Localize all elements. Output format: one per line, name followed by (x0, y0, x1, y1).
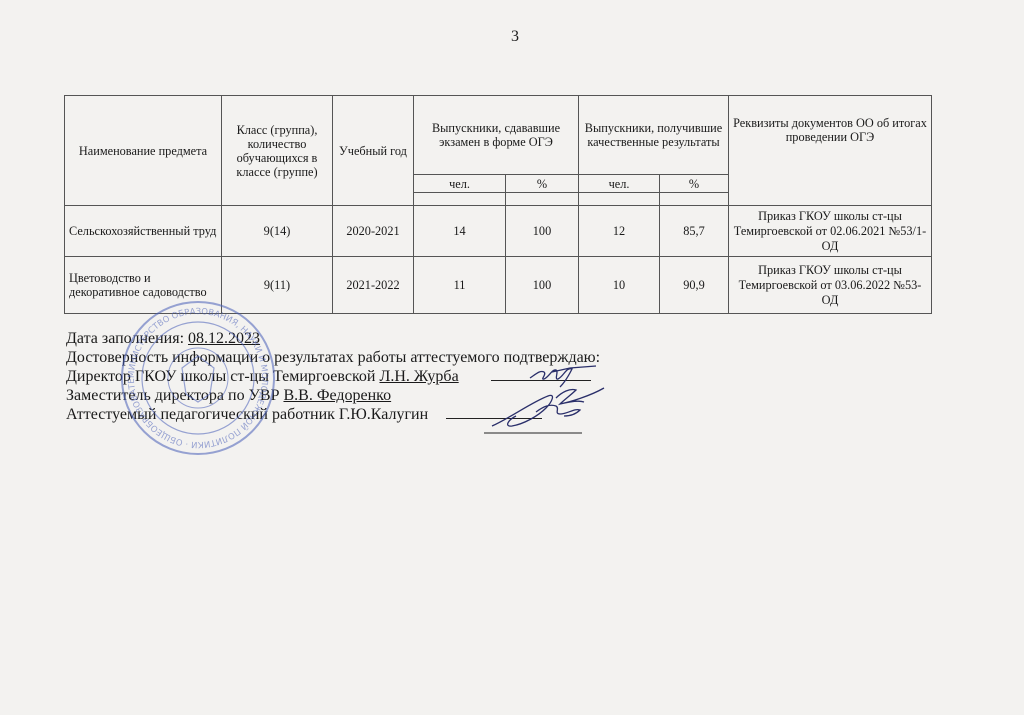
cell-quality-count: 12 (579, 206, 660, 257)
results-table: Наименование предмета Класс (группа), ко… (64, 95, 932, 314)
cell-year: 2020-2021 (333, 206, 414, 257)
page-number: 3 (511, 28, 519, 46)
cell-took-count: 14 (414, 206, 506, 257)
fill-date: Дата заполнения: 08.12.2023 (66, 329, 600, 348)
subheader-took-count: чел. (414, 175, 506, 193)
subheader-took-percent: % (506, 175, 579, 193)
teacher-signature-line (446, 406, 542, 419)
director-signature-line (491, 368, 591, 381)
confirmation-text: Достоверность информации о результатах р… (66, 348, 600, 367)
cell-document: Приказ ГКОУ школы ст-цы Темиргоевской от… (729, 206, 932, 257)
table-row: Сельскохозяйственный труд 9(14) 2020-202… (65, 206, 932, 257)
subheader-quality-count: чел. (579, 175, 660, 193)
cell-class-group: 9(11) (222, 257, 333, 314)
director-name: Л.Н. Журба (379, 368, 458, 385)
header-row: Наименование предмета Класс (группа), ко… (65, 96, 932, 175)
header-quality: Выпускники, получившие качественные резу… (579, 96, 729, 175)
cell-took-percent: 100 (506, 206, 579, 257)
header-year: Учебный год (333, 96, 414, 206)
cell-year: 2021-2022 (333, 257, 414, 314)
deputy-line: Заместитель директора по УВР В.В. Федоре… (66, 386, 600, 405)
header-documents: Реквизиты документов ОО об итогах провед… (729, 96, 932, 206)
cell-quality-percent: 85,7 (660, 206, 729, 257)
subheader-quality-percent: % (660, 175, 729, 193)
header-took-exam: Выпускники, сдававшие экзамен в форме ОГ… (414, 96, 579, 175)
cell-quality-count: 10 (579, 257, 660, 314)
cell-document: Приказ ГКОУ школы ст-цы Темиргоевской от… (729, 257, 932, 314)
signature-block: Дата заполнения: 08.12.2023 Достоверност… (66, 329, 600, 424)
cell-subject: Цветоводство и декоративное садоводство (65, 257, 222, 314)
fill-date-value: 08.12.2023 (188, 330, 260, 347)
director-line: Директор ГКОУ школы ст-цы Темиргоевской … (66, 367, 600, 386)
teacher-line: Аттестуемый педагогический работник Г.Ю.… (66, 405, 600, 424)
cell-took-count: 11 (414, 257, 506, 314)
deputy-name: В.В. Федоренко (283, 387, 391, 404)
cell-quality-percent: 90,9 (660, 257, 729, 314)
header-class-group: Класс (группа), количество обучающихся в… (222, 96, 333, 206)
table-row: Цветоводство и декоративное садоводство … (65, 257, 932, 314)
cell-subject: Сельскохозяйственный труд (65, 206, 222, 257)
cell-took-percent: 100 (506, 257, 579, 314)
cell-class-group: 9(14) (222, 206, 333, 257)
header-subject: Наименование предмета (65, 96, 222, 206)
